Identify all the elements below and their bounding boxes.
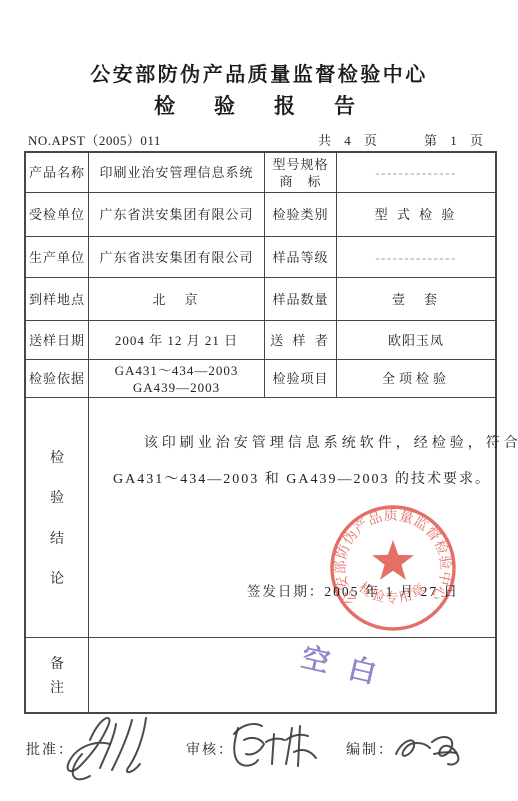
table-row: 送样日期 2004 年 12 月 21 日 送 样 者 欧阳玉凤 — [26, 321, 495, 360]
conclusion-text: 该印刷业治安管理信息系统软件，经检验，符合 GA431～434—2003 和 G… — [89, 426, 495, 498]
row-label: 样品等级 — [265, 237, 337, 277]
prepare-label: 编制： — [346, 739, 394, 759]
row-label: 检验类别 — [265, 193, 337, 236]
seal-star-icon — [372, 540, 414, 580]
conclusion-line2: GA431～434—2003 和 GA439—2003 的技术要求。 — [113, 462, 487, 498]
blank-stamp: 空白 — [298, 636, 401, 697]
table-row: 到样地点 北 京 样品数量 壹 套 — [26, 278, 495, 321]
svg-text:检验专用章: 检验专用章 — [356, 579, 429, 606]
row-label: 受检单位 — [26, 193, 89, 236]
row-value: 广东省洪安集团有限公司 — [89, 237, 265, 277]
row-label: 送 样 者 — [265, 321, 337, 359]
row-value: 型 式 检 验 — [337, 193, 495, 236]
review-label: 审核： — [186, 739, 234, 759]
pages-total: 共 4 页 — [318, 130, 382, 149]
inspection-report-page: 公安部防伪产品质量监督检验中心 检 验 报 告 NO.APST（2005）011… — [0, 0, 518, 801]
row-value: 广东省洪安集团有限公司 — [89, 193, 265, 236]
remark-label-char: 注 — [50, 677, 64, 697]
row-value-blank: -------------- — [337, 153, 495, 192]
seal-bottom-text: 检验专用章 — [356, 579, 429, 606]
row-label: 样品数量 — [265, 278, 337, 320]
row-label: 检验项目 — [265, 360, 337, 397]
remark-label-char: 备 — [50, 653, 64, 673]
row-label-line2: 商 标 — [279, 173, 321, 190]
official-seal: 公安部防伪产品质量监督检验中心 检验专用章 — [327, 502, 459, 634]
remark-body: 空白 — [89, 638, 495, 712]
row-value: 欧阳玉凤 — [337, 321, 495, 359]
row-label: 型号规格 商 标 — [265, 153, 337, 192]
row-label: 产品名称 — [26, 153, 89, 192]
row-value-blank: -------------- — [337, 237, 495, 277]
conclusion-label: 检 验 结 论 — [26, 398, 89, 637]
row-value: 印刷业治安管理信息系统 — [89, 153, 265, 192]
table-row: 受检单位 广东省洪安集团有限公司 检验类别 型 式 检 验 — [26, 193, 495, 237]
row-value: GA431～434—2003 GA439—2003 — [89, 360, 265, 397]
row-label: 检验依据 — [26, 360, 89, 397]
row-value: 北 京 — [89, 278, 265, 320]
row-value: 2004 年 12 月 21 日 — [89, 321, 265, 359]
page-title: 公安部防伪产品质量监督检验中心 — [0, 58, 518, 87]
row-label: 送样日期 — [26, 321, 89, 359]
row-value: 全项检验 — [337, 360, 495, 397]
review-signature — [228, 718, 323, 773]
conclusion-label-char: 验 — [50, 487, 64, 507]
row-label-line1: 型号规格 — [272, 156, 328, 173]
prepare-signature — [390, 726, 470, 771]
table-row: 检验依据 GA431～434—2003 GA439—2003 检验项目 全项检验 — [26, 360, 495, 398]
approve-signature — [56, 708, 168, 788]
conclusion-label-char: 结 — [50, 528, 64, 548]
row-value-line2: GA439—2003 — [133, 379, 220, 396]
table-row: 产品名称 印刷业治安管理信息系统 型号规格 商 标 -------------- — [26, 153, 495, 193]
report-subtitle: 检 验 报 告 — [0, 90, 518, 120]
remark-label: 备 注 — [26, 638, 89, 712]
conclusion-line1: 该印刷业治安管理信息系统软件，经检验，符合 — [113, 426, 487, 462]
row-label: 生产单位 — [26, 237, 89, 277]
row-value: 壹 套 — [337, 278, 495, 320]
report-number: NO.APST（2005）011 — [28, 130, 161, 149]
meta-row: NO.APST（2005）011 共 4 页 第 1 页 — [0, 130, 518, 148]
row-label: 到样地点 — [26, 278, 89, 320]
remark-row: 备 注 空白 — [26, 638, 495, 712]
row-value-line1: GA431～434—2003 — [115, 362, 239, 379]
conclusion-label-char: 论 — [50, 568, 64, 588]
page-number: 第 1 页 — [424, 130, 488, 149]
table-row: 生产单位 广东省洪安集团有限公司 样品等级 -------------- — [26, 237, 495, 278]
conclusion-label-char: 检 — [50, 447, 64, 467]
